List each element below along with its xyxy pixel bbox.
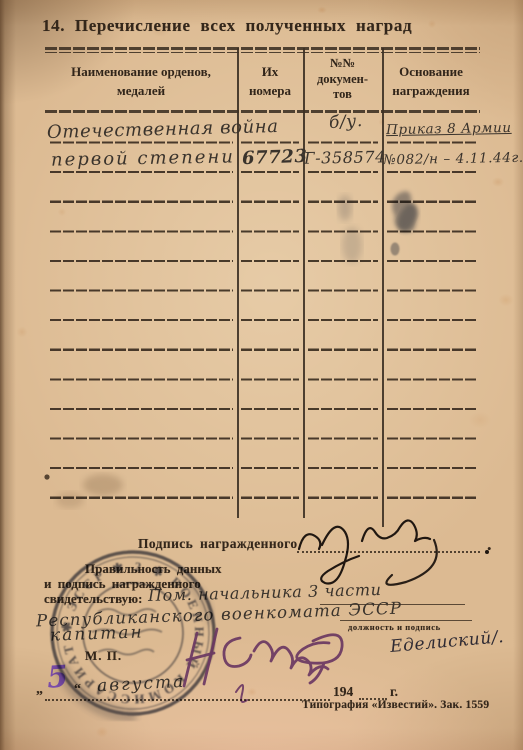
certification-text-line1: Правильность данных xyxy=(85,561,222,577)
table-top-border-outer xyxy=(45,47,480,50)
award-record-page: 14. Перечисление всех полученных наград … xyxy=(0,0,523,750)
date-line xyxy=(45,685,330,701)
award-basis-line2: №082/н – 4.11.44г. xyxy=(383,150,523,168)
certification-text-line3: свидетельствую: xyxy=(44,591,142,607)
position-signature-caption: должность и подпись xyxy=(348,622,441,632)
table-header-bottom-border xyxy=(45,110,480,113)
printer-imprint: Типография «Известий». Зак. 1559 xyxy=(302,699,489,711)
award-basis-line1: Приказ 8 Армии xyxy=(386,120,512,138)
column-header-text: Основание xyxy=(399,62,463,81)
column-header-basis: Основание награждения xyxy=(382,62,480,100)
document-note-value: б/у. xyxy=(328,111,363,133)
document-number-value: Г-358574 xyxy=(304,147,386,167)
table-column-divider xyxy=(382,48,384,527)
column-header-text: медалей xyxy=(117,81,165,100)
column-header-numbers: Их номера xyxy=(237,62,303,100)
column-header-text: докумен- xyxy=(317,72,368,88)
date-year-printed: 194 xyxy=(333,684,353,700)
position-signature-line xyxy=(340,606,472,621)
column-header-documents: №№ докумен- тов xyxy=(303,56,382,103)
award-name-line2: первой степени xyxy=(51,146,235,170)
ruled-lines-awards-column xyxy=(50,114,233,499)
column-header-text: награждения xyxy=(392,81,469,100)
ruled-lines-basis-column xyxy=(387,114,477,499)
column-header-text: тов xyxy=(333,87,352,103)
ruled-lines-numbers-column xyxy=(241,114,299,499)
table-column-divider xyxy=(303,48,305,518)
column-header-text: Наименование орденов, xyxy=(71,62,211,81)
certifier-rank: капитан xyxy=(50,622,144,645)
column-header-text: номера xyxy=(249,81,291,100)
table-top-border-inner xyxy=(45,52,480,53)
column-header-text: Их xyxy=(262,62,279,81)
ruled-lines-documents-column xyxy=(308,114,378,499)
date-year-line xyxy=(359,684,387,700)
seal-place-mark: М. П. xyxy=(85,648,122,664)
awardee-signature-line xyxy=(297,536,480,553)
date-year-suffix: г. xyxy=(390,684,398,700)
column-header-text: №№ xyxy=(330,56,355,72)
order-number-value: 67723 xyxy=(242,146,308,169)
date-quote-open: „ xyxy=(36,682,43,698)
awardee-signature-period: . xyxy=(487,534,492,555)
column-header-awards: Наименование орденов, медалей xyxy=(45,62,237,100)
awardee-signature-label: Подпись награжденного xyxy=(138,536,298,552)
section-title: 14. Перечисление всех полученных наград xyxy=(42,16,412,36)
